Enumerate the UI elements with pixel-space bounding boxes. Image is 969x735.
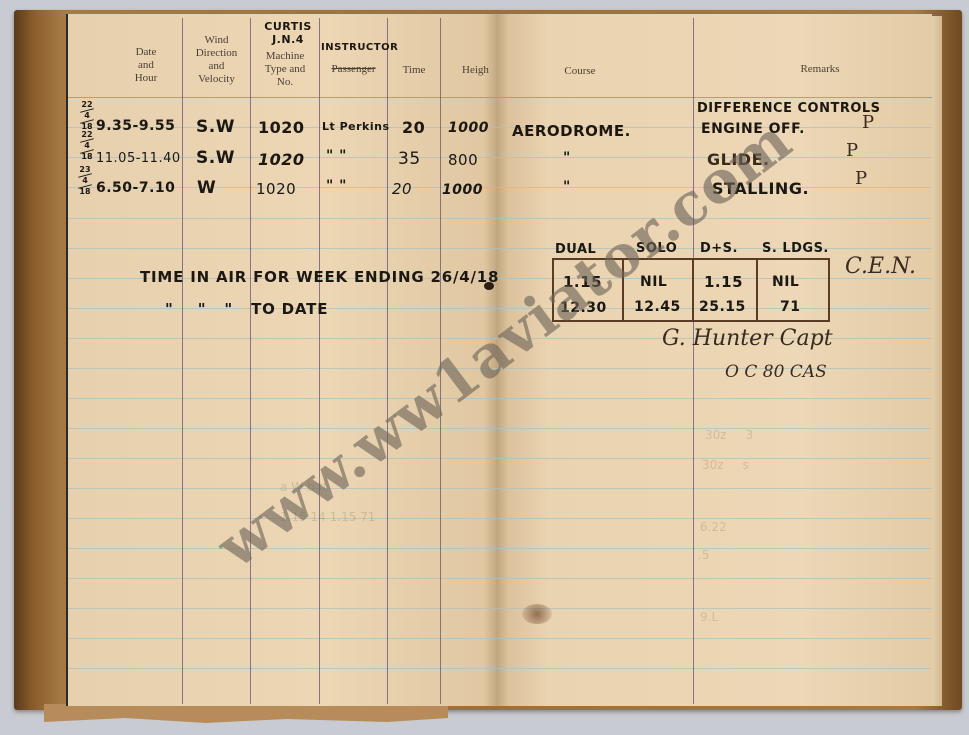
entry-height: 1000 <box>448 120 489 136</box>
summary-to-date-label: " " " TO DATE <box>165 300 328 318</box>
entry-initial: P <box>846 140 858 161</box>
header-time: Time <box>388 64 440 77</box>
date-year: 18 <box>79 187 90 196</box>
header-text: Machine <box>251 50 319 63</box>
header-text: and <box>183 60 250 73</box>
header-text: Velocity <box>183 73 250 86</box>
entry-hour: 9.35-9.55 <box>96 118 175 134</box>
summary-week-label: TIME IN AIR FOR WEEK ENDING 26/4/18 <box>140 268 499 286</box>
entry-wind: W <box>197 178 216 198</box>
entry-hour: 6.50-7.10 <box>96 180 175 196</box>
entry-instructor-ditto: " " <box>326 148 347 164</box>
entry-machine: 1020 <box>256 180 296 198</box>
entry-time: 20 <box>402 118 425 137</box>
header-remarks: Remarks <box>770 63 870 76</box>
ink-blot <box>484 282 494 290</box>
header-text: Date <box>110 46 182 59</box>
date-month: 4 <box>84 111 90 120</box>
entry-date: 22 4 18 <box>80 131 94 161</box>
entry-machine: 1020 <box>258 118 305 137</box>
entry-instructor-ditto: " " <box>326 178 347 194</box>
date-year: 18 <box>81 152 92 161</box>
entry-date: 23 4 18 <box>78 166 92 196</box>
page-stack-edge <box>932 16 942 706</box>
entry-remarks-line1: DIFFERENCE CONTROLS <box>697 101 881 116</box>
summary-header-solo-landings: S. LDGS. <box>762 241 829 256</box>
header-text: Type and <box>251 63 319 76</box>
entry-height: 1000 <box>442 182 483 198</box>
header-course: Course <box>540 65 620 78</box>
date-day: 22 <box>81 130 92 139</box>
date-month: 4 <box>84 141 90 150</box>
officer-title: O C 80 CAS <box>725 362 827 382</box>
summary-initials: C.E.N. <box>845 254 916 279</box>
to-date-solo: 12.45 <box>634 299 681 315</box>
entry-instructor: Lt Perkins <box>322 120 390 133</box>
header-text: and <box>110 59 182 72</box>
entry-time: 35 <box>398 149 421 169</box>
week-landings: NIL <box>772 274 799 290</box>
header-machine: Machine Type and No. <box>251 50 319 89</box>
ink-stain <box>522 604 552 624</box>
date-month: 4 <box>82 176 88 185</box>
summary-header-dual-plus-solo: D+S. <box>700 241 738 256</box>
entry-date: 22 4 18 <box>80 101 94 131</box>
entry-initial: P <box>855 168 867 189</box>
header-text: No. <box>251 76 319 89</box>
to-date-landings: 71 <box>780 299 800 315</box>
entry-machine: 1020 <box>258 150 305 169</box>
to-date-dual-plus-solo: 25.15 <box>699 299 746 315</box>
header-passenger-struck: Passenger <box>320 63 387 76</box>
header-text: Direction <box>183 47 250 60</box>
entry-initial: P <box>862 112 874 133</box>
entry-course-ditto: " <box>563 179 571 195</box>
entry-course: AERODROME. <box>512 122 631 140</box>
handwritten-text: J.N.4 <box>258 33 318 46</box>
torn-page-edge <box>44 704 448 724</box>
entry-wind: S.W <box>196 117 235 137</box>
header-text: Wind <box>183 34 250 47</box>
handwritten-text: CURTIS <box>258 20 318 33</box>
entry-hour: 11.05-11.40 <box>96 151 181 166</box>
date-day: 23 <box>79 165 90 174</box>
header-instructor-annotation: INSTRUCTOR <box>321 42 398 53</box>
entry-time: 20 <box>392 180 412 198</box>
officer-signature: G. Hunter Capt <box>662 326 833 351</box>
entry-height: 800 <box>448 151 478 169</box>
header-text: Hour <box>110 72 182 85</box>
header-date-hour: Date and Hour <box>110 46 182 85</box>
entry-wind: S.W <box>196 148 235 168</box>
entry-course-ditto: " <box>563 150 571 166</box>
week-dual-plus-solo: 1.15 <box>704 273 743 291</box>
header-height: Heigh <box>462 64 492 77</box>
header-wind: Wind Direction and Velocity <box>183 34 250 86</box>
header-machine-annotation: CURTIS J.N.4 <box>258 20 318 46</box>
date-day: 22 <box>81 100 92 109</box>
